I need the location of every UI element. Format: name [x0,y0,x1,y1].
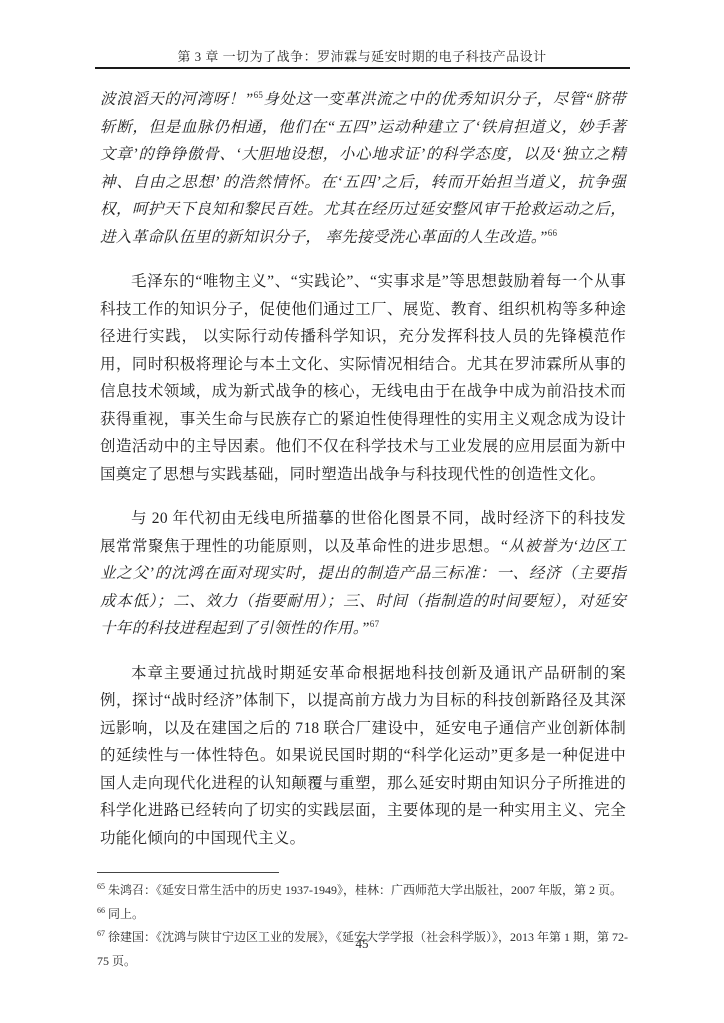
footnote-text: 同上。 [108,907,144,921]
footnote-ref-67: 67 [370,619,380,629]
page-number: 45 [0,936,724,952]
footnotes-section: 65朱鸿召：《延安日常生活中的历史 1937-1949》，桂林：广西师范大学出版… [97,879,629,973]
document-page: 第 3 章 一切为了战争：罗沛霖与延安时期的电子科技产品设计 波浪滔天的河湾呀！… [0,0,724,1023]
footnote-ref-66: 66 [548,227,558,237]
paragraph-text: 身处这一变革洪流之中的优秀知识分子，尽管“脐带斩断，但是血脉仍相通，他们在“五四… [100,91,626,246]
footnote-number: 65 [97,882,105,891]
page-body: 波浪滔天的河湾呀！”65身处这一变革洪流之中的优秀知识分子，尽管“脐带斩断，但是… [100,86,626,869]
paragraph-wartime-economy: 与 20 年代初由无线电所描摹的世俗化图景不同，战时经济下的科技发展常常聚焦于理… [100,505,626,643]
paragraph-text: 本章主要通过抗战时期延安革命根据地科技创新及通讯产品研制的案例，探讨“战时经济”… [100,665,626,847]
paragraph-quote-continuation: 波浪滔天的河湾呀！”65身处这一变革洪流之中的优秀知识分子，尽管“脐带斩断，但是… [100,86,626,251]
footnote-66: 66同上。 [97,903,629,927]
footnote-text: 朱鸿召：《延安日常生活中的历史 1937-1949》，桂林：广西师范大学出版社，… [108,883,622,897]
paragraph-text: 毛泽东的“唯物主义”、“实践论”、“实事求是”等思想鼓励着每一个从事科技工作的知… [100,273,626,483]
running-header: 第 3 章 一切为了战争：罗沛霖与延安时期的电子科技产品设计 [0,46,724,65]
footnote-separator [97,872,279,873]
footnote-number: 66 [97,906,105,915]
paragraph-mao-thought: 毛泽东的“唯物主义”、“实践论”、“实事求是”等思想鼓励着每一个从事科技工作的知… [100,268,626,488]
header-rule [95,67,630,69]
footnote-ref-65: 65 [254,90,264,100]
footnote-65: 65朱鸿召：《延安日常生活中的历史 1937-1949》，桂林：广西师范大学出版… [97,879,629,903]
paragraph-chapter-overview: 本章主要通过抗战时期延安革命根据地科技创新及通讯产品研制的案例，探讨“战时经济”… [100,660,626,853]
paragraph-text: 波浪滔天的河湾呀！” [100,91,254,108]
